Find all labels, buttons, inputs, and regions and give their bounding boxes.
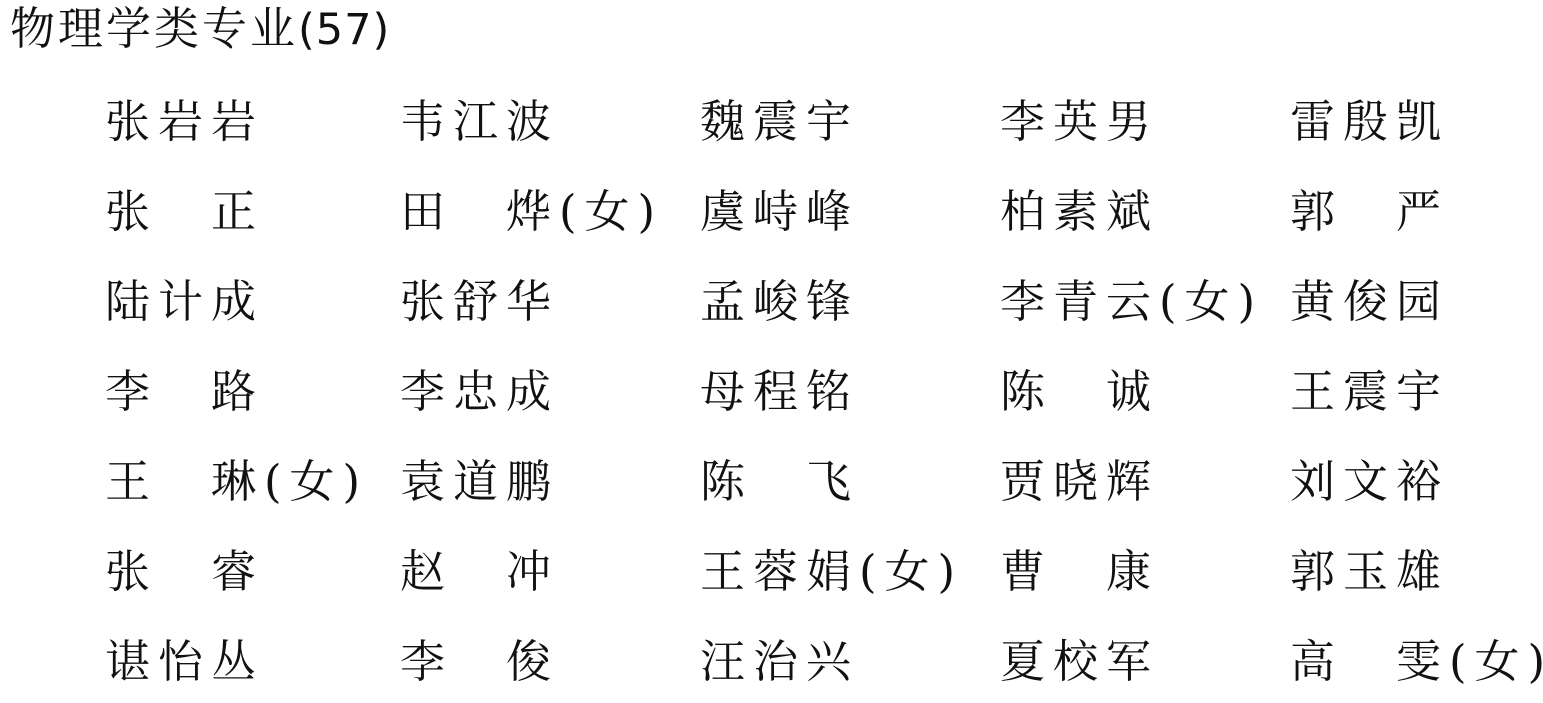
person-name: 刘文裕 bbox=[1290, 459, 1543, 504]
person-name: 王 琳(女) bbox=[105, 459, 400, 504]
person-name: 李青云(女) bbox=[1000, 279, 1290, 324]
person-name: 郭 严 bbox=[1290, 189, 1543, 234]
person-name: 张 睿 bbox=[105, 549, 400, 594]
person-name: 夏校军 bbox=[1000, 639, 1290, 684]
person-name: 孟峻锋 bbox=[700, 279, 1000, 324]
name-list: 张岩岩韦江波魏震宇李英男雷殷凯张 正田 烨(女)虞峙峰柏素斌郭 严陆计成张舒华孟… bbox=[105, 76, 1543, 703]
person-name: 郭玉雄 bbox=[1290, 549, 1543, 594]
person-name: 黄俊园 bbox=[1290, 279, 1543, 324]
person-name: 张舒华 bbox=[400, 279, 700, 324]
page-title: 物理学类专业(57) bbox=[10, 2, 390, 57]
person-name: 王震宇 bbox=[1290, 369, 1543, 414]
title-count: (57) bbox=[298, 5, 390, 55]
person-name: 魏震宇 bbox=[700, 99, 1000, 144]
person-name: 张岩岩 bbox=[105, 99, 400, 144]
person-name: 陆计成 bbox=[105, 279, 400, 324]
person-name: 陈 飞 bbox=[700, 459, 1000, 504]
person-name: 王蓉娟(女) bbox=[700, 549, 1000, 594]
person-name: 田 烨(女) bbox=[400, 189, 700, 234]
title-text: 物理学类专业 bbox=[10, 2, 298, 55]
name-row: 陆计成张舒华孟峻锋李青云(女)黄俊园 bbox=[105, 256, 1543, 346]
person-name: 李英男 bbox=[1000, 99, 1290, 144]
name-row: 张 正田 烨(女)虞峙峰柏素斌郭 严 bbox=[105, 166, 1543, 256]
person-name: 母程铭 bbox=[700, 369, 1000, 414]
person-name: 袁道鹏 bbox=[400, 459, 700, 504]
person-name: 贾晓辉 bbox=[1000, 459, 1290, 504]
person-name: 李 路 bbox=[105, 369, 400, 414]
person-name: 虞峙峰 bbox=[700, 189, 1000, 234]
person-name: 曹 康 bbox=[1000, 549, 1290, 594]
person-name: 谌怡丛 bbox=[105, 639, 400, 684]
person-name: 汪治兴 bbox=[700, 639, 1000, 684]
person-name: 李忠成 bbox=[400, 369, 700, 414]
person-name: 张 正 bbox=[105, 189, 400, 234]
person-name: 雷殷凯 bbox=[1290, 99, 1543, 144]
name-row: 张岩岩韦江波魏震宇李英男雷殷凯 bbox=[105, 76, 1543, 166]
person-name: 柏素斌 bbox=[1000, 189, 1290, 234]
name-row: 谌怡丛李 俊汪治兴夏校军高 雯(女) bbox=[105, 616, 1543, 703]
person-name: 高 雯(女) bbox=[1290, 639, 1543, 684]
name-row: 张 睿赵 冲王蓉娟(女)曹 康郭玉雄 bbox=[105, 526, 1543, 616]
person-name: 韦江波 bbox=[400, 99, 700, 144]
person-name: 赵 冲 bbox=[400, 549, 700, 594]
person-name: 陈 诚 bbox=[1000, 369, 1290, 414]
person-name: 李 俊 bbox=[400, 639, 700, 684]
document-page: 物理学类专业(57) 张岩岩韦江波魏震宇李英男雷殷凯张 正田 烨(女)虞峙峰柏素… bbox=[0, 0, 1543, 703]
name-row: 李 路李忠成母程铭陈 诚王震宇 bbox=[105, 346, 1543, 436]
name-row: 王 琳(女)袁道鹏陈 飞贾晓辉刘文裕 bbox=[105, 436, 1543, 526]
